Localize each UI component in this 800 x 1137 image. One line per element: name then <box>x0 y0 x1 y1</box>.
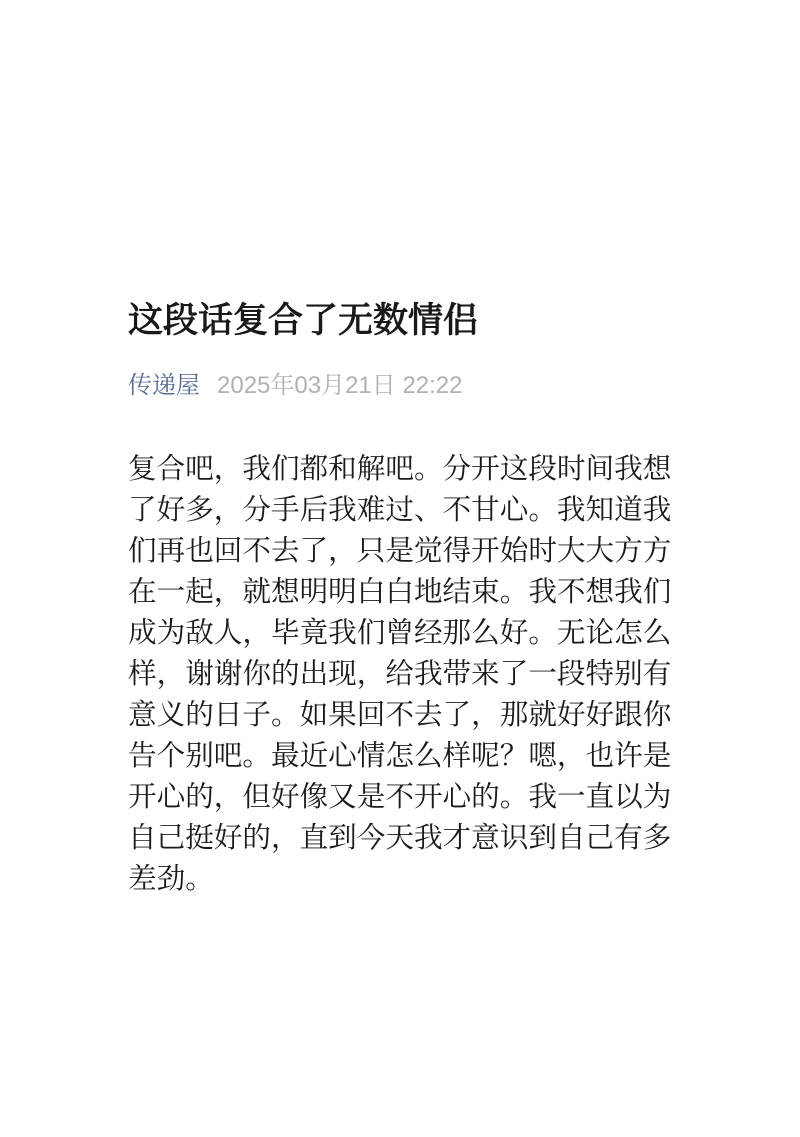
article-title: 这段话复合了无数情侣 <box>128 296 728 345</box>
byline: 传递屋 2025年03月21日 22:22 <box>128 369 728 403</box>
article-body: 复合吧，我们都和解吧。分开这段时间我想 了好多，分手后我难过、不甘心。我知道我 … <box>128 449 728 900</box>
article-page: 这段话复合了无数情侣 传递屋 2025年03月21日 22:22 复合吧，我们都… <box>128 296 728 900</box>
publish-date: 2025年03月21日 22:22 <box>217 369 463 403</box>
author-link[interactable]: 传递屋 <box>128 369 200 403</box>
